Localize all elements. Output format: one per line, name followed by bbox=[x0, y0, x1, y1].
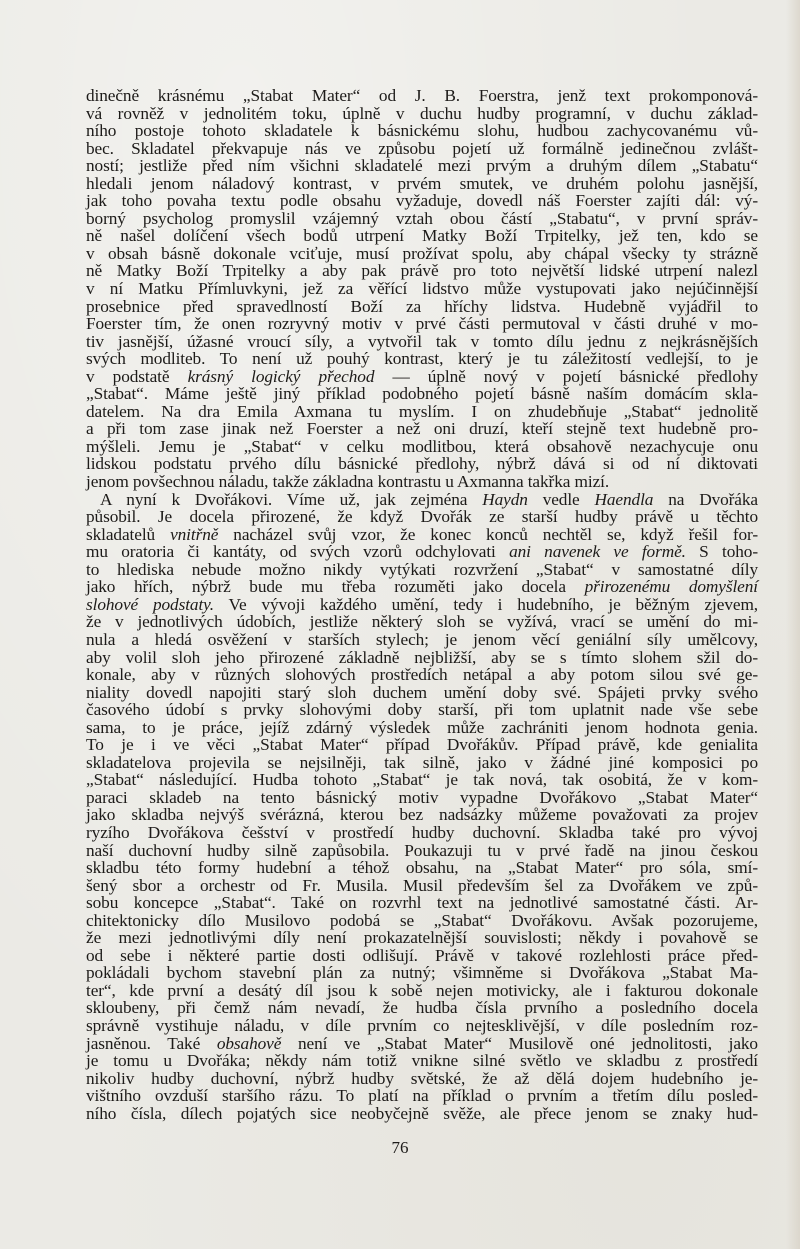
text-run: „Stabat“. Máme ještě jiný příklad podobn… bbox=[86, 384, 758, 403]
text-run: — úplně nový v pojetí básnické předlohy bbox=[374, 367, 758, 386]
text-run: jak toho povaha textu podle obsahu vyžad… bbox=[86, 191, 758, 210]
text-line: dinečně krásnému „Stabat Mater“ od J. B.… bbox=[86, 87, 758, 105]
text-line: mýšleli. Jemu je „Stabat“ v celku modlit… bbox=[86, 438, 758, 456]
text-line: aby volil sloh jeho přirozené základně n… bbox=[86, 649, 758, 667]
italic-emphasis: slohové podstaty. bbox=[86, 595, 214, 614]
text-run: je tomu u Dvořáka; někdy nám totiž vnikn… bbox=[86, 1051, 758, 1070]
text-line: ně Matky Boží Trpitelky a aby pak právě … bbox=[86, 262, 758, 280]
text-line: časového údobí s prvky slohovými doby st… bbox=[86, 701, 758, 719]
text-run: ryzího Dvořákova češství v prostředí hud… bbox=[86, 823, 758, 842]
text-line: To je i ve věci „Stabat Mater“ případ Dv… bbox=[86, 736, 758, 754]
italic-emphasis: obsahově bbox=[217, 1034, 281, 1053]
text-line: sobu koncepce „Stabat“. Také on rozvrhl … bbox=[86, 894, 758, 912]
text-line: mu oratoria či kantáty, od svých vzorů o… bbox=[86, 543, 758, 561]
text-run: lidskou podstatu prvého dílu básnické př… bbox=[86, 454, 758, 473]
text-run: že v jednotlivých údobích, jestliže někt… bbox=[86, 612, 758, 631]
text-run: skladatelů bbox=[86, 525, 170, 544]
text-run: v ní Matku Přímluvkyni, jež za věřící li… bbox=[86, 279, 758, 298]
text-run: jako skladba nejvýš svérázná, kterou bez… bbox=[86, 805, 758, 824]
text-run: a při tom zase jinak než Foerster a než … bbox=[86, 419, 758, 438]
text-run: datelem. Na dra Emila Axmana tu myslím. … bbox=[86, 402, 758, 421]
text-run: prosebnice před spravedlností Boží za hř… bbox=[86, 297, 758, 316]
text-line: šený sbor a orchestr od Fr. Musila. Musi… bbox=[86, 877, 758, 895]
text-line: a při tom zase jinak než Foerster a než … bbox=[86, 420, 758, 438]
text-run: v obsah básně dokonale vciťuje, musí pro… bbox=[86, 244, 758, 263]
text-run: hledali jenom náladový kontrast, v prvém… bbox=[86, 174, 758, 193]
text-line: ryzího Dvořákova češství v prostředí hud… bbox=[86, 824, 758, 842]
text-line: hledali jenom náladový kontrast, v prvém… bbox=[86, 175, 758, 193]
text-run: ně Matky Boží Trpitelky a aby pak právě … bbox=[86, 261, 758, 280]
text-run: ter“, kde první a desátý díl jsou k sobě… bbox=[86, 981, 758, 1000]
text-run: chitektonicky dílo Musilovo podobá se „S… bbox=[86, 911, 758, 930]
text-line: ně našel dolíčení všech bodů utrpení Mat… bbox=[86, 227, 758, 245]
text-run: bec. Skladatel překvapuje nás ve způsobu… bbox=[86, 139, 758, 158]
text-run: nula a hledá osvěžení v starších stylech… bbox=[86, 630, 758, 649]
text-line: datelem. Na dra Emila Axmana tu myslím. … bbox=[86, 403, 758, 421]
text-run: tiv jasnější, úžasné vroucí síly, a vytv… bbox=[86, 332, 758, 351]
text-run: Foerster tím, že onen rozryvný motiv v p… bbox=[86, 314, 758, 333]
text-run: jasněnou. Také bbox=[86, 1034, 217, 1053]
italic-emphasis: Haydn bbox=[482, 490, 528, 509]
text-line: v podstatě krásný logický přechod — úpln… bbox=[86, 368, 758, 386]
text-run: ního čísla, dílech pojatých sice neobyče… bbox=[86, 1104, 758, 1123]
text-run: působil. Je docela přirozené, že když Dv… bbox=[86, 507, 758, 526]
text-run: ností; jestliže před ním všichni skladat… bbox=[86, 156, 758, 175]
text-run: ně našel dolíčení všech bodů utrpení Mat… bbox=[86, 226, 758, 245]
text-run: nikoliv hudby duchovní, nýbrž hudby svět… bbox=[86, 1069, 758, 1088]
text-line: jasněnou. Také obsahově není ve „Stabat … bbox=[86, 1035, 758, 1053]
text-run: S toho- bbox=[686, 542, 758, 561]
text-line: že v jednotlivých údobích, jestliže někt… bbox=[86, 613, 758, 631]
text-run: sobu koncepce „Stabat“. Také on rozvrhl … bbox=[86, 893, 758, 912]
text-run: paraci skladeb na tento básnický motiv v… bbox=[86, 788, 758, 807]
text-line: nikoliv hudby duchovní, nýbrž hudby svět… bbox=[86, 1070, 758, 1088]
italic-emphasis: přirozenému domyšlení bbox=[585, 577, 758, 596]
text-run: v podstatě bbox=[86, 367, 188, 386]
text-run: od sebe i některé partie dosti odlišují.… bbox=[86, 946, 758, 965]
text-line: jenom povšechnou náladu, takže základna … bbox=[86, 473, 758, 491]
text-line: skloubeny, při čemž nám nevadí, že hudba… bbox=[86, 999, 758, 1017]
text-line: ního postoje tohoto skladatele k básnick… bbox=[86, 122, 758, 140]
page-number: 76 bbox=[0, 1138, 800, 1158]
text-run: ního postoje tohoto skladatele k básnick… bbox=[86, 121, 758, 140]
text-line: to hlediska nebude možno nikdy vytýkati … bbox=[86, 561, 758, 579]
text-run: vedle bbox=[528, 490, 595, 509]
text-line: ního čísla, dílech pojatých sice neobyče… bbox=[86, 1105, 758, 1123]
text-run: mu oratoria či kantáty, od svých vzorů o… bbox=[86, 542, 509, 561]
text-run: není ve „Stabat Mater“ Musilově oné jedn… bbox=[281, 1034, 758, 1053]
text-line: pokládali bychom stavební plán za nutný;… bbox=[86, 964, 758, 982]
text-line: bec. Skladatel překvapuje nás ve způsobu… bbox=[86, 140, 758, 158]
text-run: sama, to je práce, jejíž zdárný výsledek… bbox=[86, 718, 758, 737]
text-line: chitektonicky dílo Musilovo podobá se „S… bbox=[86, 912, 758, 930]
text-run: správně vystihuje náladu, v díle prvním … bbox=[86, 1016, 758, 1035]
text-run: mýšleli. Jemu je „Stabat“ v celku modlit… bbox=[86, 437, 758, 456]
text-line: tiv jasnější, úžasné vroucí síly, a vytv… bbox=[86, 333, 758, 351]
body-text: dinečně krásnému „Stabat Mater“ od J. B.… bbox=[86, 87, 758, 1122]
text-run: na Dvořáka bbox=[653, 490, 758, 509]
text-run: skladatelova projevila se nejsilněji, ta… bbox=[86, 753, 758, 772]
text-run: naší duchovní hudby silně zapůsobila. Po… bbox=[86, 841, 758, 860]
text-run: A nyní k Dvořákovi. Víme už, jak zejména bbox=[100, 490, 482, 509]
text-line: „Stabat“. Máme ještě jiný příklad podobn… bbox=[86, 385, 758, 403]
text-line: borný psycholog promyslil vzájemný vztah… bbox=[86, 210, 758, 228]
text-run: skloubeny, při čemž nám nevadí, že hudba… bbox=[86, 998, 758, 1017]
italic-emphasis: krásný logický přechod bbox=[188, 367, 375, 386]
text-line: správně vystihuje náladu, v díle prvním … bbox=[86, 1017, 758, 1035]
text-line: naší duchovní hudby silně zapůsobila. Po… bbox=[86, 842, 758, 860]
text-line: svých modliteb. To není už pouhý kontras… bbox=[86, 350, 758, 368]
text-line: ností; jestliže před ním všichni skladat… bbox=[86, 157, 758, 175]
text-line: v ní Matku Přímluvkyni, jež za věřící li… bbox=[86, 280, 758, 298]
italic-emphasis: ani navenek ve formě. bbox=[509, 542, 686, 561]
text-line: konale, aby v různých slohových prostřed… bbox=[86, 666, 758, 684]
text-run: to hlediska nebude možno nikdy vytýkati … bbox=[86, 560, 758, 579]
text-run: aby volil sloh jeho přirozené základně n… bbox=[86, 648, 758, 667]
text-line: jak toho povaha textu podle obsahu vyžad… bbox=[86, 192, 758, 210]
text-run: dinečně krásnému „Stabat Mater“ od J. B.… bbox=[86, 86, 758, 105]
italic-emphasis: Haendla bbox=[595, 490, 654, 509]
text-line: jako hřích, nýbrž bude mu třeba rozuměti… bbox=[86, 578, 758, 596]
text-run: že mezi jednotlivými díly není prokazate… bbox=[86, 928, 758, 947]
text-run: šený sbor a orchestr od Fr. Musila. Musi… bbox=[86, 876, 758, 895]
text-run: borný psycholog promyslil vzájemný vztah… bbox=[86, 209, 758, 228]
text-run: Ve vývoji každého umění, tedy i hudebníh… bbox=[214, 595, 758, 614]
text-run: niality dovedl napojiti starý sloh duche… bbox=[86, 683, 758, 702]
text-line: paraci skladeb na tento básnický motiv v… bbox=[86, 789, 758, 807]
text-line: ter“, kde první a desátý díl jsou k sobě… bbox=[86, 982, 758, 1000]
text-run: časového údobí s prvky slohovými doby st… bbox=[86, 700, 758, 719]
book-page: dinečně krásnému „Stabat Mater“ od J. B.… bbox=[0, 0, 800, 1249]
text-line: je tomu u Dvořáka; někdy nám totiž vnikn… bbox=[86, 1052, 758, 1070]
text-run: To je i ve věci „Stabat Mater“ případ Dv… bbox=[86, 735, 758, 754]
text-line: sama, to je práce, jejíž zdárný výsledek… bbox=[86, 719, 758, 737]
text-line: skladatelova projevila se nejsilněji, ta… bbox=[86, 754, 758, 772]
text-line: v obsah básně dokonale vciťuje, musí pro… bbox=[86, 245, 758, 263]
text-run: konale, aby v různých slohových prostřed… bbox=[86, 665, 758, 684]
text-line: že mezi jednotlivými díly není prokazate… bbox=[86, 929, 758, 947]
text-line: „Stabat“ následující. Hudba tohoto „Stab… bbox=[86, 771, 758, 789]
text-run: jako hřích, nýbrž bude mu třeba rozuměti… bbox=[86, 577, 585, 596]
text-line: niality dovedl napojiti starý sloh duche… bbox=[86, 684, 758, 702]
text-run: jenom povšechnou náladu, takže základna … bbox=[86, 472, 609, 491]
text-line: nula a hledá osvěžení v starších stylech… bbox=[86, 631, 758, 649]
text-line: A nyní k Dvořákovi. Víme už, jak zejména… bbox=[86, 491, 758, 509]
text-run: skladbu této formy hudební a téhož obsah… bbox=[86, 858, 758, 877]
text-line: slohové podstaty. Ve vývoji každého uměn… bbox=[86, 596, 758, 614]
text-run: vá rovněž v jednolitém toku, úplně v duc… bbox=[86, 104, 758, 123]
text-line: vištního ovzduší staršího rázu. To platí… bbox=[86, 1087, 758, 1105]
text-line: prosebnice před spravedlností Boží za hř… bbox=[86, 298, 758, 316]
text-line: skladatelů vnitřně nacházel svůj vzor, ž… bbox=[86, 526, 758, 544]
text-line: od sebe i některé partie dosti odlišují.… bbox=[86, 947, 758, 965]
text-line: jako skladba nejvýš svérázná, kterou bez… bbox=[86, 806, 758, 824]
text-run: „Stabat“ následující. Hudba tohoto „Stab… bbox=[86, 770, 758, 789]
italic-emphasis: vnitřně bbox=[170, 525, 218, 544]
text-run: vištního ovzduší staršího rázu. To platí… bbox=[86, 1086, 758, 1105]
text-run: nacházel svůj vzor, že konec konců necht… bbox=[218, 525, 758, 544]
text-run: pokládali bychom stavební plán za nutný;… bbox=[86, 963, 758, 982]
text-run: svých modliteb. To není už pouhý kontras… bbox=[86, 349, 758, 368]
text-line: lidskou podstatu prvého dílu básnické př… bbox=[86, 455, 758, 473]
text-line: Foerster tím, že onen rozryvný motiv v p… bbox=[86, 315, 758, 333]
text-line: skladbu této formy hudební a téhož obsah… bbox=[86, 859, 758, 877]
text-line: působil. Je docela přirozené, že když Dv… bbox=[86, 508, 758, 526]
text-line: vá rovněž v jednolitém toku, úplně v duc… bbox=[86, 105, 758, 123]
